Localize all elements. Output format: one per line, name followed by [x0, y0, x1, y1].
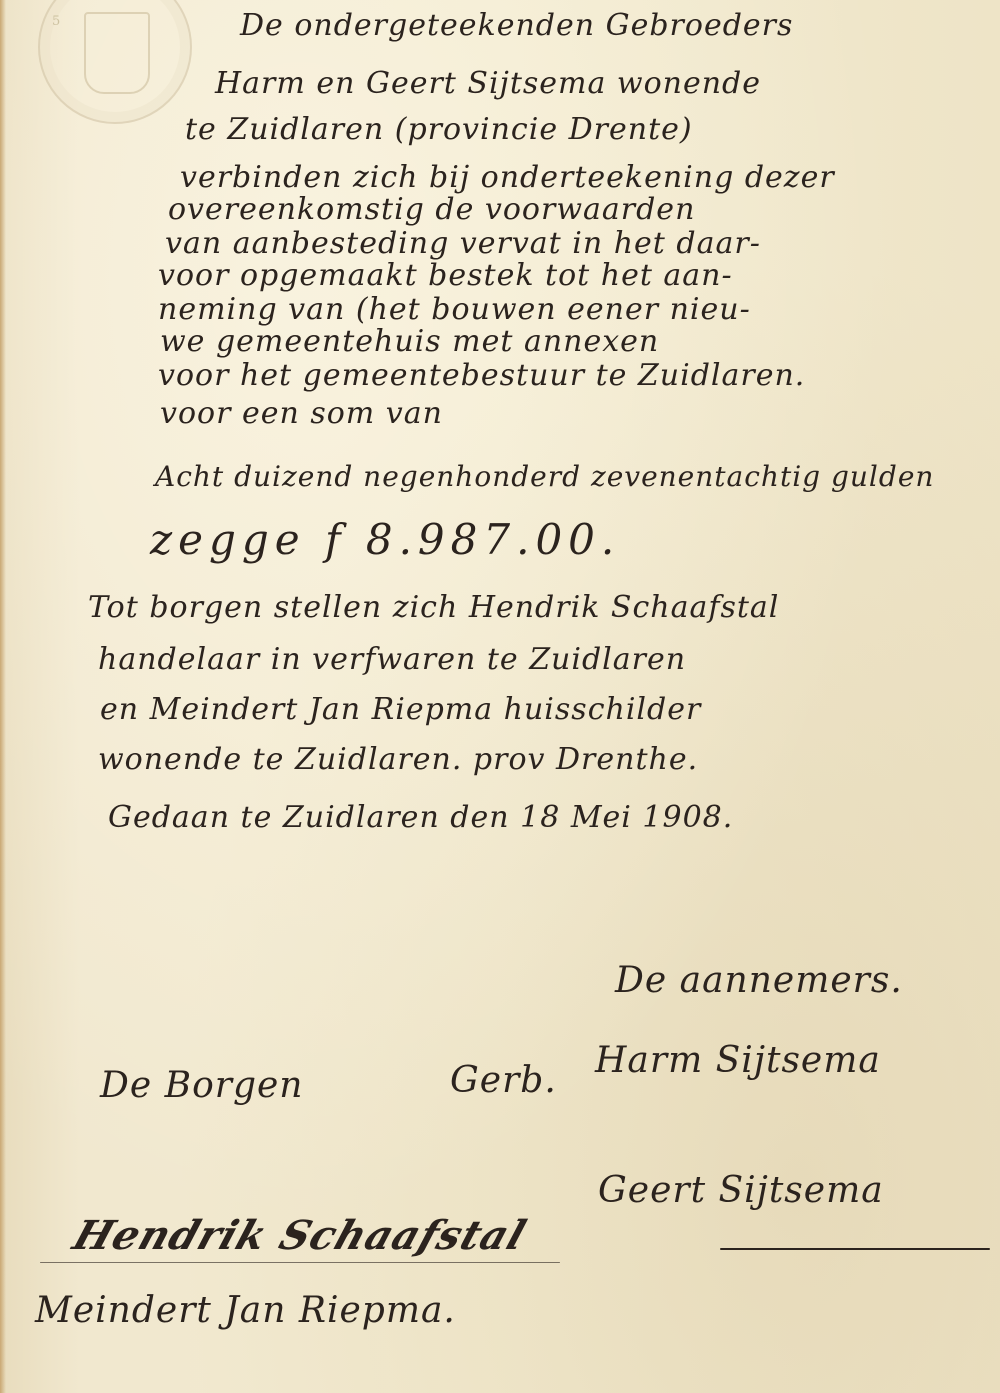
paper-edge — [0, 0, 6, 1393]
body-line-1: De ondergeteekenden Gebroeders — [240, 8, 793, 43]
guarantors-line-1: Tot borgen stellen zich Hendrik Schaafst… — [88, 590, 779, 625]
body-line-3: te Zuidlaren (provincie Drente) — [185, 112, 693, 147]
body-line-10: voor het gemeentebestuur te Zuidlaren. — [158, 358, 805, 393]
body-line-2: Harm en Geert Sijtsema wonende — [215, 66, 761, 101]
body-line-8: neming van (het bouwen eener nieu- — [158, 292, 751, 327]
signature-hendrik-schaafstal: Hendrik Schaafstal — [67, 1212, 532, 1259]
signature-flourish — [720, 1248, 990, 1250]
signature-harm-sijtsema: Harm Sijtsema — [595, 1040, 881, 1081]
body-line-5: overeenkomstig de voorwaarden — [168, 192, 695, 227]
coat-of-arms-icon — [84, 12, 150, 94]
amount-in-words: Acht duizend negenhonderd zevenentachtig… — [155, 460, 934, 493]
guarantors-line-4: wonende te Zuidlaren. prov Drenthe. — [98, 742, 698, 777]
body-line-6: van aanbesteding vervat in het daar- — [165, 226, 761, 261]
signature-geert-sijtsema: Geert Sijtsema — [598, 1170, 884, 1211]
signature-flourish-2 — [40, 1262, 560, 1263]
guarantors-line-3: en Meindert Jan Riepma huisschilder — [100, 692, 701, 727]
closing-date-line: Gedaan te Zuidlaren den 18 Mei 1908. — [108, 800, 733, 835]
amount-figure: zegge f 8.987.00. — [150, 515, 620, 564]
body-line-4: verbinden zich bij onderteekening dezer — [180, 160, 835, 195]
body-line-11: voor een som van — [160, 396, 443, 431]
guarantors-note: Gerb. — [450, 1060, 557, 1101]
body-line-9: we gemeentehuis met annexen — [160, 324, 659, 359]
seal-number: 5 — [52, 14, 60, 29]
signature-meindert-jan-riepma: Meindert Jan Riepma. — [35, 1290, 456, 1331]
contractors-heading: De aannemers. — [615, 960, 903, 1001]
guarantors-line-2: handelaar in verfwaren te Zuidlaren — [98, 642, 686, 677]
guarantors-heading: De Borgen — [100, 1065, 303, 1106]
body-line-7: voor opgemaakt bestek tot het aan- — [158, 258, 733, 293]
